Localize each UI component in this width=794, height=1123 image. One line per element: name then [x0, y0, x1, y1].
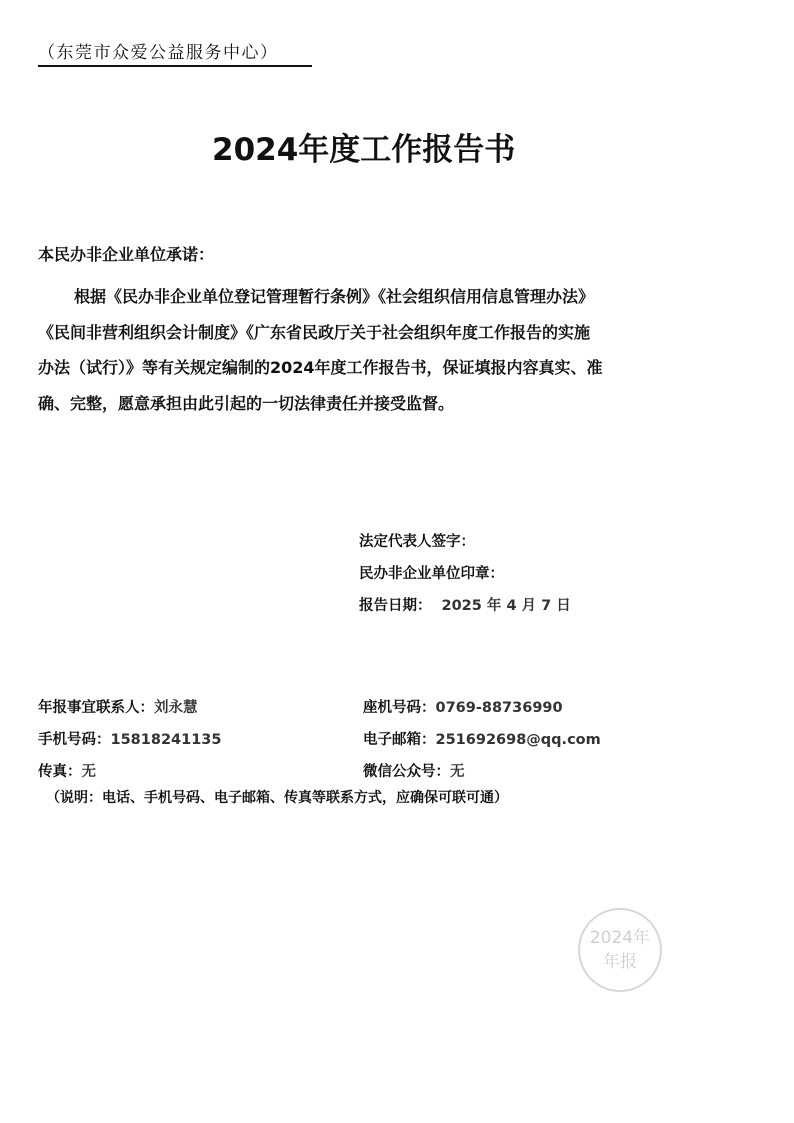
stamp-line-2: 年报 [603, 950, 637, 974]
annual-report-stamp-icon: 2024年 年报 [578, 908, 662, 992]
pledge-line: 办法（试行）》等有关规定编制的2024年度工作报告书，保证填报内容真实、准 [38, 350, 688, 386]
fax-value: 无 [82, 764, 97, 780]
wechat: 微信公众号：无 [363, 756, 465, 788]
organization-seal-label: 民办非企业单位印章： [359, 558, 571, 590]
pledge-line: 确、完整，愿意承担由此引起的一切法律责任并接受监督。 [38, 386, 688, 422]
pledge-line: 根据《民办非企业单位登记管理暂行条例》《社会组织信用信息管理办法》 [38, 279, 688, 315]
fax-label: 传真： [38, 764, 82, 780]
contact-note: （说明：电话、手机号码、电子邮箱、传真等联系方式，应确保可联可通） [46, 787, 508, 809]
contact-person-label: 年报事宜联系人： [38, 700, 154, 716]
pledge-statement: 根据《民办非企业单位登记管理暂行条例》《社会组织信用信息管理办法》 《民间非营利… [38, 279, 688, 421]
signature-block: 法定代表人签字： 民办非企业单位印章： 报告日期：2025 年 4 月 7 日 [359, 526, 571, 622]
landline: 座机号码：0769-88736990 [363, 692, 563, 724]
email: 电子邮箱：251692698@qq.com [363, 724, 601, 756]
contact-row: 手机号码：15818241135 电子邮箱：251692698@qq.com [38, 724, 738, 756]
report-date-value: 2025 年 4 月 7 日 [442, 598, 571, 614]
contact-person: 年报事宜联系人：刘永慧 [38, 692, 363, 724]
page-title: 2024年度工作报告书 [212, 128, 515, 172]
organization-name: （东莞市众爱公益服务中心） [38, 42, 312, 67]
landline-label: 座机号码： [363, 700, 436, 716]
pledge-line: 《民间非营利组织会计制度》《广东省民政厅关于社会组织年度工作报告的实施 [38, 315, 688, 351]
contact-info: 年报事宜联系人：刘永慧 座机号码：0769-88736990 手机号码：1581… [38, 692, 738, 788]
contact-person-value: 刘永慧 [154, 700, 198, 716]
wechat-value: 无 [450, 764, 465, 780]
report-date-row: 报告日期：2025 年 4 月 7 日 [359, 590, 571, 622]
report-date-label: 报告日期： [359, 598, 432, 614]
landline-value: 0769-88736990 [436, 700, 563, 716]
pledge-heading: 本民办非企业单位承诺： [38, 244, 214, 266]
contact-row: 传真：无 微信公众号：无 [38, 756, 738, 788]
mobile-value: 15818241135 [111, 732, 222, 748]
mobile-label: 手机号码： [38, 732, 111, 748]
mobile: 手机号码：15818241135 [38, 724, 363, 756]
legal-representative-signature-label: 法定代表人签字： [359, 526, 571, 558]
stamp-line-1: 2024年 [590, 926, 650, 950]
email-value: 251692698@qq.com [436, 732, 601, 748]
contact-row: 年报事宜联系人：刘永慧 座机号码：0769-88736990 [38, 692, 738, 724]
email-label: 电子邮箱： [363, 732, 436, 748]
wechat-label: 微信公众号： [363, 764, 450, 780]
fax: 传真：无 [38, 756, 363, 788]
